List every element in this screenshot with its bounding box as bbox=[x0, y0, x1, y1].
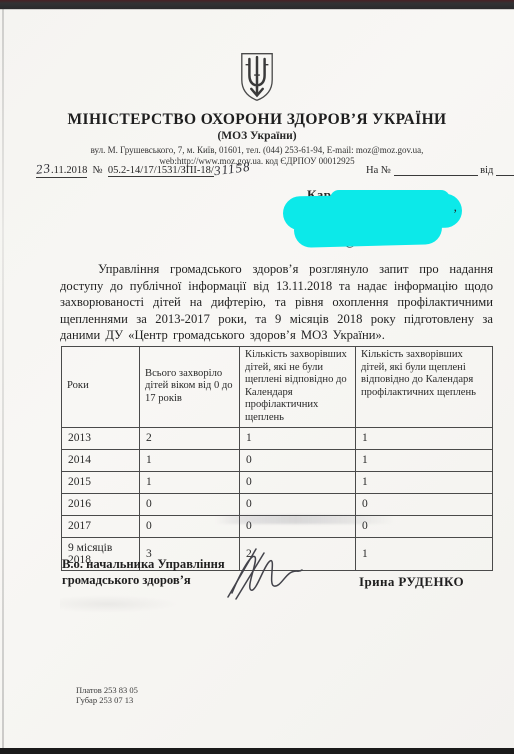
row-value-cell: 0 bbox=[240, 449, 356, 471]
row-value-cell: 1 bbox=[356, 427, 493, 449]
number-symbol: № bbox=[93, 165, 103, 176]
signer-position-line2: громадського здоров’я bbox=[62, 572, 225, 588]
handwritten-number: 31158 bbox=[213, 159, 251, 179]
row-value-cell: 1 bbox=[140, 449, 240, 471]
table-row: 2013211 bbox=[62, 427, 493, 449]
typed-date: .11.2018 bbox=[51, 165, 87, 176]
ministry-title: МІНІСТЕРСТВО ОХОРОНИ ЗДОРОВ’Я УКРАЇНИ bbox=[22, 111, 492, 129]
reply-from-label: від bbox=[480, 165, 493, 176]
table-row: 2015101 bbox=[62, 471, 493, 493]
reply-date-blank bbox=[496, 164, 514, 176]
address-line-1: вул. М. Грушевського, 7, м. Київ, 01601,… bbox=[22, 145, 492, 156]
signer-name: Ірина РУДЕНКО bbox=[359, 574, 464, 590]
contact-line-2: Губар 253 07 13 bbox=[76, 695, 138, 705]
signer-position-line1: В.о. начальника Управління bbox=[62, 556, 225, 572]
table-header-cell: Всього захворіло дітей віком від 0 до 17… bbox=[140, 347, 240, 428]
table-header-row: РокиВсього захворіло дітей віком від 0 д… bbox=[62, 347, 493, 428]
outgoing-number: 05.2-14/17/1531/ЗПІ-18/ bbox=[108, 165, 214, 177]
handwritten-day: 23 bbox=[35, 160, 52, 178]
row-year-cell: 2014 bbox=[62, 449, 140, 471]
table-row: 2014101 bbox=[62, 449, 493, 471]
row-year-cell: 2013 bbox=[62, 427, 140, 449]
letterhead: МІНІСТЕРСТВО ОХОРОНИ ЗДОРОВ’Я УКРАЇНИ (М… bbox=[22, 52, 492, 167]
scan-artifact-top-strip bbox=[0, 0, 514, 10]
table-header-cell: Кількість захворівших дітей, які не були… bbox=[240, 347, 356, 428]
ukraine-trident-emblem-icon bbox=[238, 52, 276, 102]
body-paragraph: Управління громадського здоров’я розглян… bbox=[60, 261, 493, 344]
data-table: РокиВсього захворіло дітей віком від 0 д… bbox=[61, 346, 493, 571]
redaction-blob bbox=[330, 190, 450, 208]
bleedthrough-artifact bbox=[215, 515, 395, 524]
row-year-cell: 2016 bbox=[62, 493, 140, 515]
table-header-cell: Роки bbox=[62, 347, 140, 428]
row-year-cell: 2015 bbox=[62, 471, 140, 493]
reference-line: 23.11.2018 № 05.2-14/17/1531/ЗПІ-18/3115… bbox=[36, 161, 496, 178]
ministry-short-name: (МОЗ України) bbox=[22, 130, 492, 142]
scan-smudge bbox=[60, 595, 180, 613]
scan-artifact-left-edge bbox=[2, 9, 4, 748]
row-value-cell: 0 bbox=[240, 493, 356, 515]
table-row: 2016000 bbox=[62, 493, 493, 515]
row-year-cell: 2017 bbox=[62, 515, 140, 537]
footer-contacts: Платов 253 83 05 Губар 253 07 13 bbox=[76, 685, 138, 705]
row-value-cell: 2 bbox=[140, 427, 240, 449]
reply-label: На № bbox=[366, 165, 391, 176]
row-value-cell: 1 bbox=[240, 427, 356, 449]
row-value-cell: 0 bbox=[140, 493, 240, 515]
stray-quote-mark: ’ bbox=[453, 206, 457, 222]
table-header-cell: Кількість захворівших дітей, які були ще… bbox=[356, 347, 493, 428]
row-value-cell: 1 bbox=[356, 471, 493, 493]
handwritten-signature bbox=[218, 543, 313, 605]
row-value-cell: 0 bbox=[356, 493, 493, 515]
row-value-cell: 1 bbox=[356, 449, 493, 471]
row-value-cell: 0 bbox=[240, 471, 356, 493]
reply-reference: На № від bbox=[366, 164, 514, 176]
contact-line-1: Платов 253 83 05 bbox=[76, 685, 138, 695]
row-value-cell: 1 bbox=[140, 471, 240, 493]
reply-number-blank bbox=[394, 164, 478, 176]
redaction-blob bbox=[294, 210, 443, 248]
scan-artifact-bottom-strip bbox=[0, 748, 514, 754]
